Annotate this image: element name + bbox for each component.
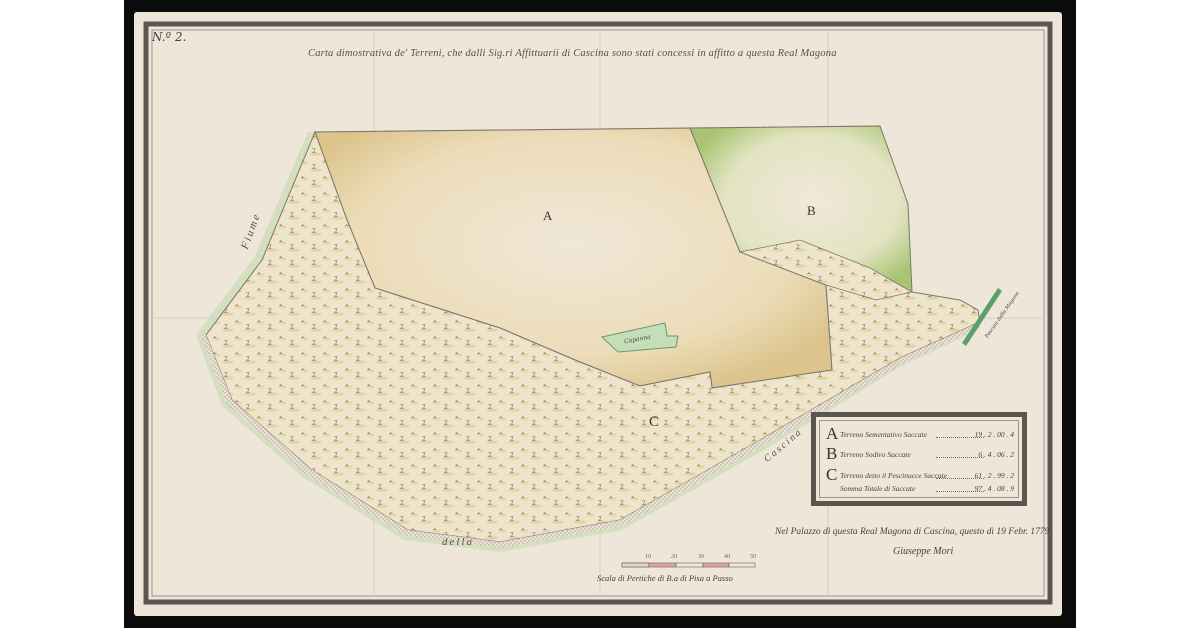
scale-tick: 30 [698, 554, 704, 560]
legend-row-total: Somma Totale di Saccate 97 . 4 . 08 . 9 [826, 481, 1014, 497]
scale-tick: 40 [724, 554, 730, 560]
river-label-bottom: della [442, 536, 474, 548]
scale-bar [622, 563, 755, 567]
legend-box: A Terreno Sementativo Saccate 19 . 2 . 0… [811, 412, 1027, 506]
scale-tick: 10 [645, 554, 651, 560]
map-title: Carta dimostrativa de' Terreni, che dall… [308, 48, 837, 59]
region-a-label: A [543, 208, 552, 224]
scale-tick: 50 [750, 554, 756, 560]
scale-caption: Scala di Pertiche di B.a di Pisa a Passo [597, 573, 733, 583]
scale-tick: 20 [671, 554, 677, 560]
signature: Giuseppe Mori [893, 546, 953, 557]
sheet-number: N.º 2. [152, 30, 186, 44]
legend-row-a: A Terreno Sementativo Saccate 19 . 2 . 0… [826, 427, 1014, 443]
date-note: Nel Palazzo di questa Real Magona di Cas… [775, 527, 1049, 537]
region-b-label: B [807, 203, 816, 219]
legend-row-b: B Terreno Sodivo Saccate 6 . 4 . 06 . 2 [826, 447, 1014, 463]
region-c-label: C [649, 414, 659, 431]
